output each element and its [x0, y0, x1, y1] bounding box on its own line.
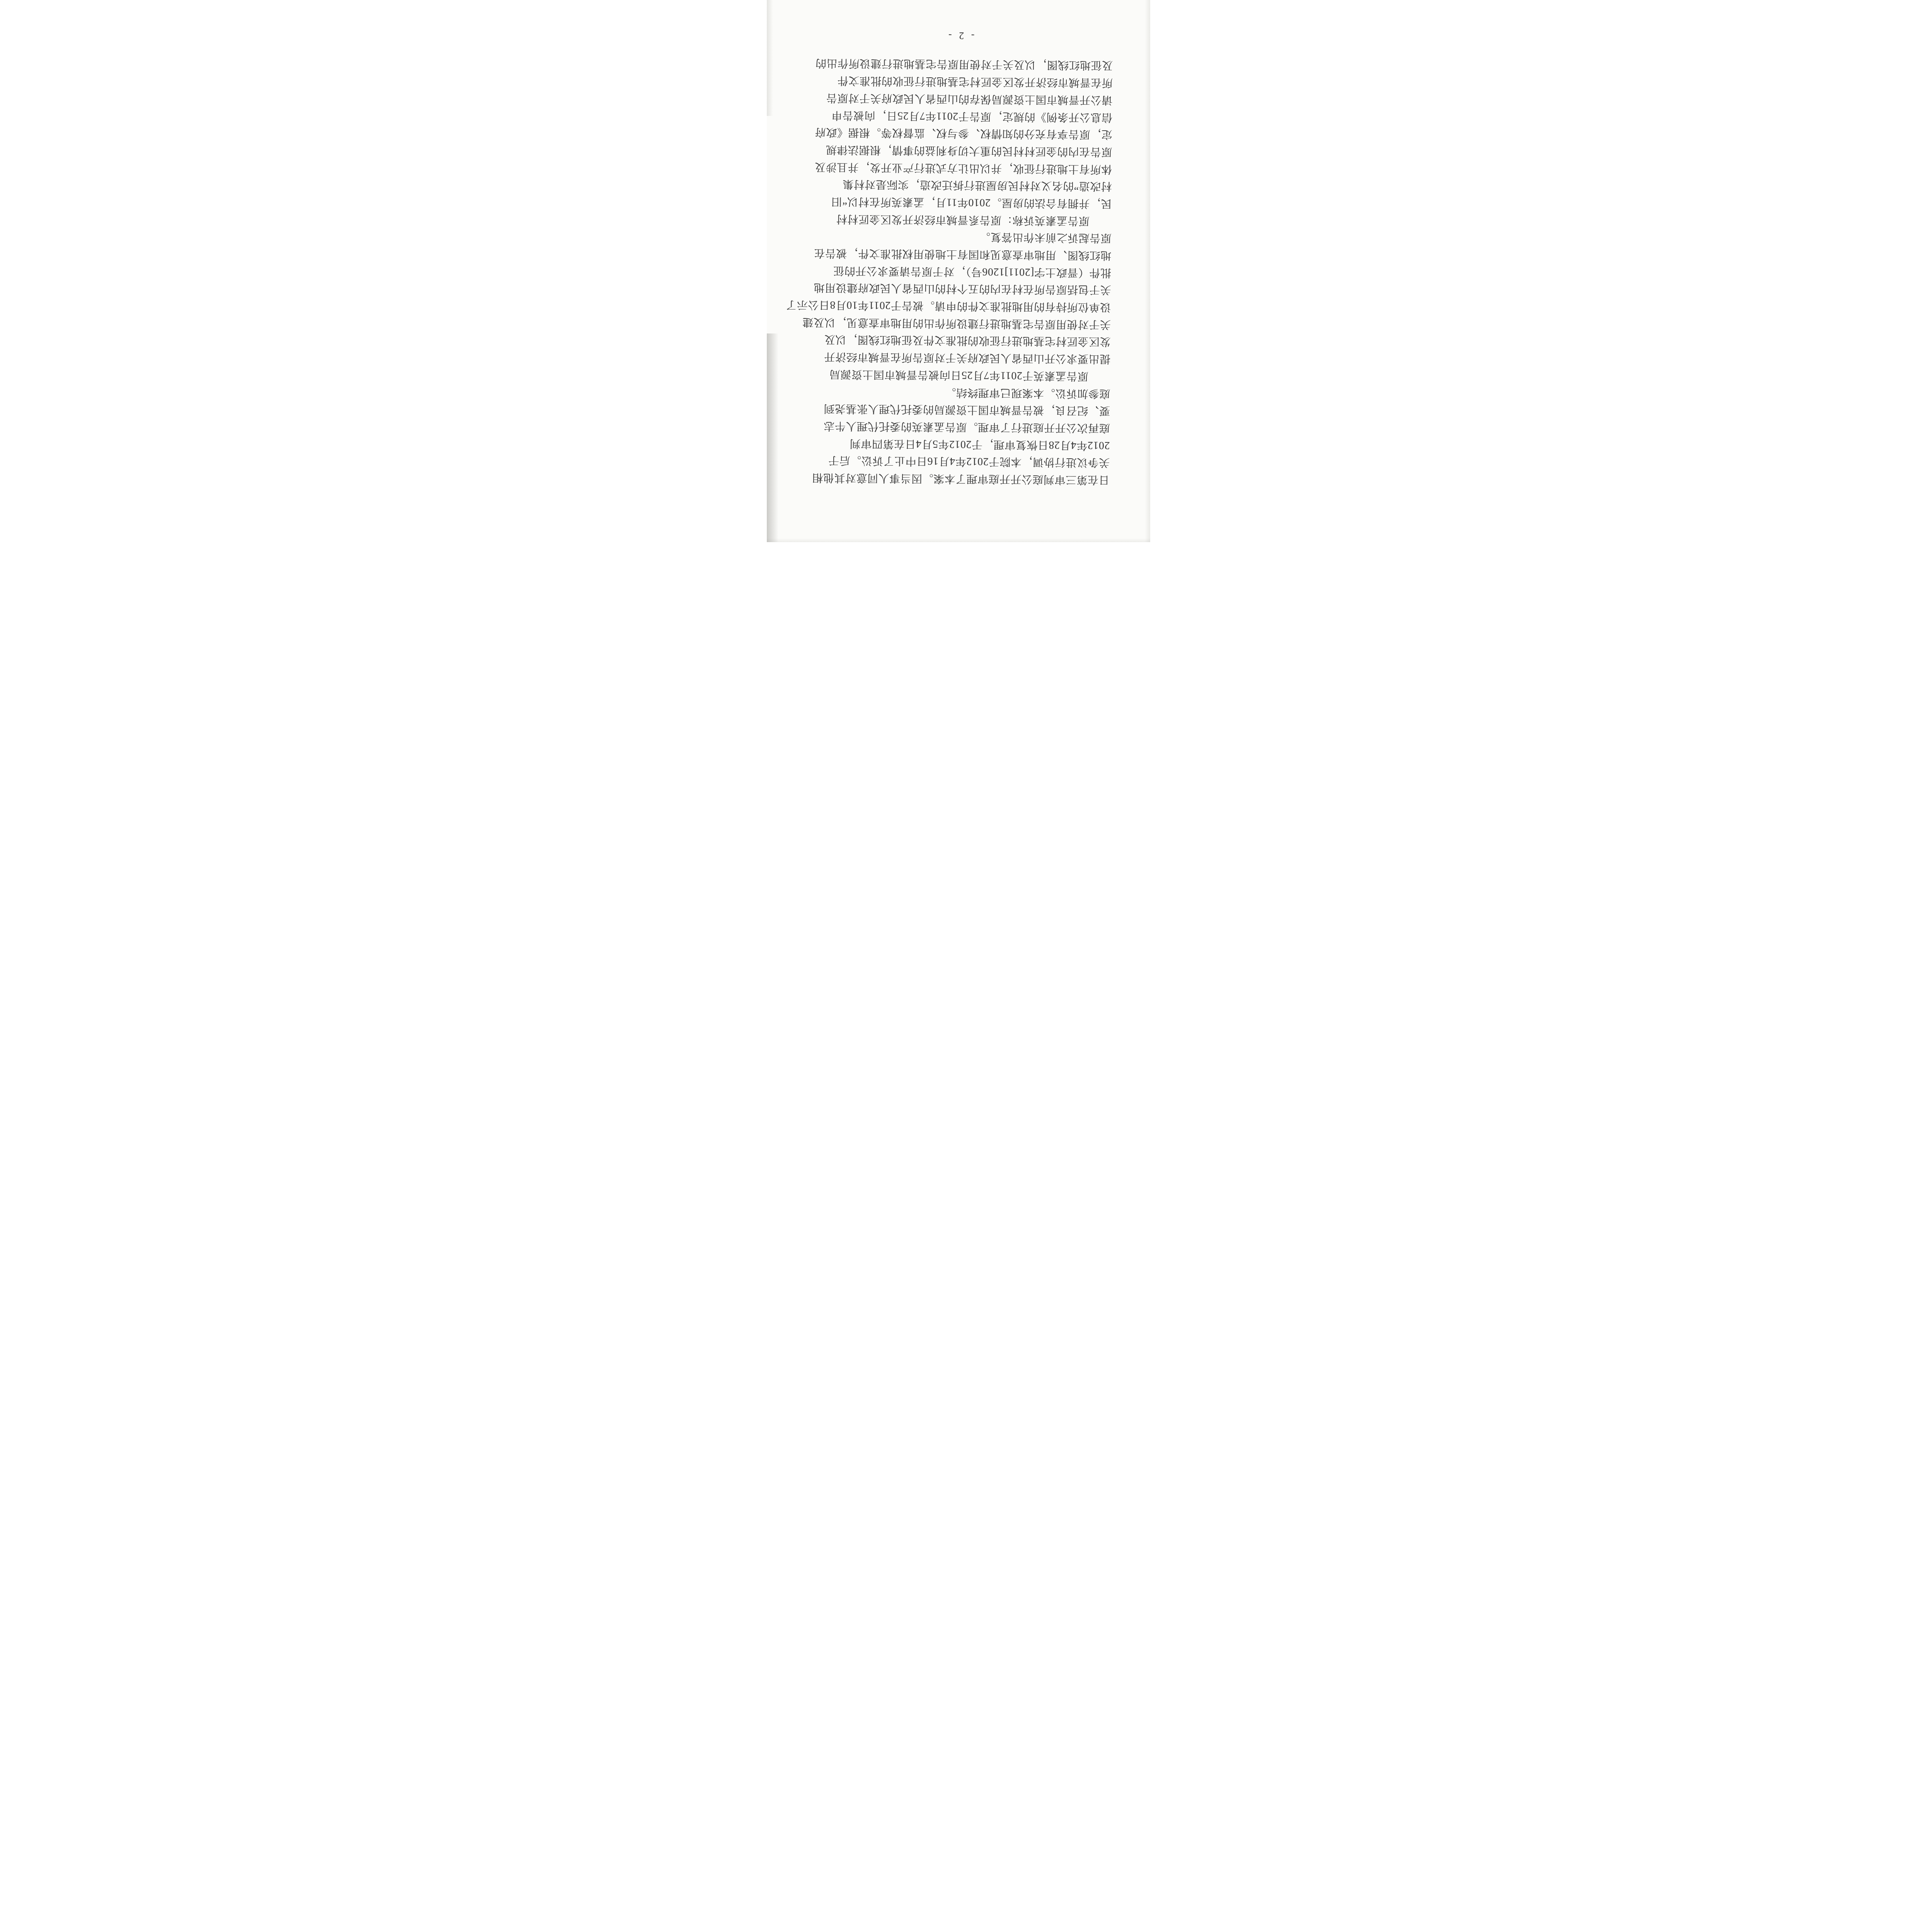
text-line: 体所有土地进行征收，并以出让方式进行产业开发，并且涉及 — [803, 158, 1112, 177]
text-line: 庭参加诉讼。本案现已审理终结。 — [801, 382, 1110, 402]
text-line: 地红线图、用地审查意见和国有土地使用权批准文件，被告在 — [802, 244, 1111, 264]
text-line: 批件（晋政土字[2011]1206号），对于原告请要求公开的征 — [802, 261, 1111, 281]
text-line: 原告起诉之前未作出答复。 — [802, 227, 1112, 247]
scanned-page: 日在第三审判庭公开开庭审理了本案。因当事人同意对其他相关争议进行协调，本院于20… — [767, 0, 1150, 542]
text-line: 原告在内的金匠村村民的重大切身利益的事情，根据法律规 — [803, 140, 1112, 160]
rotated-content: 日在第三审判庭公开开庭审理了本案。因当事人同意对其他相关争议进行协调，本院于20… — [767, 0, 1150, 542]
text-line: 信息公开条例》的规定，原告于2011年7月25日，向被告申 — [803, 106, 1112, 126]
text-line: 原告孟素英诉称：原告系晋城市经济开发区金匠村村 — [802, 209, 1112, 229]
page-number: - 2 - — [769, 28, 1150, 43]
text-line: 请公开晋城市国土资源局保存的山西省人民政府关于对原告 — [803, 88, 1112, 108]
text-line: 关于包括原告所在村在内的五个村的山西省人民政府建设用地 — [802, 279, 1111, 298]
text-line: 日在第三审判庭公开开庭审理了本案。因当事人同意对其他相 — [800, 468, 1110, 488]
text-line: 要、纪召良，被告晋城市国土资源局的委托代理人张基尧到 — [801, 399, 1110, 419]
text-line: 定，原告享有充分的知情权、参与权、监督权等。根据《政府 — [803, 123, 1112, 143]
text-line: 村改造”的名义对村民房屋进行拆迁改造，实际是对村集 — [803, 175, 1112, 194]
text-line: 2012年4月28日恢复审理，于2012年5月4日在第四审判 — [800, 434, 1110, 454]
text-line: 关于对使用原告宅基地进行建设所作出的用地审查意见，以及建 — [802, 313, 1111, 333]
text-line: 原告孟素英于2011年7月25日向被告晋城市国土资源局 — [801, 365, 1110, 384]
text-line: 设单位所持有的用地批准文件的申请。被告于2011年10月8日公示了 — [802, 296, 1111, 315]
text-line: 庭再次公开开庭进行了审理。原告孟素英的委托代理人牛志 — [801, 417, 1110, 436]
text-line: 关争议进行协调，本院于2012年4月16日中止了诉讼。后于 — [800, 451, 1110, 471]
judgment-text-block: 日在第三审判庭公开开庭审理了本案。因当事人同意对其他相关争议进行协调，本院于20… — [800, 54, 1113, 488]
text-line: 及征地红线图，以及关于对使用原告宅基地进行建设所作出的 — [804, 54, 1113, 74]
text-line: 民，并拥有合法的房屋。2010年11月，孟素英所在村以“旧 — [802, 192, 1112, 212]
text-line: 发区金匠村宅基地进行征收的批准文件及征地红线图，以及 — [801, 330, 1110, 350]
text-line: 所在晋城市经济开发区金匠村宅基地进行征收的批准文件 — [804, 71, 1113, 91]
text-line: 提出要求公开山西省人民政府关于对原告所在晋城市经济开 — [801, 347, 1110, 367]
